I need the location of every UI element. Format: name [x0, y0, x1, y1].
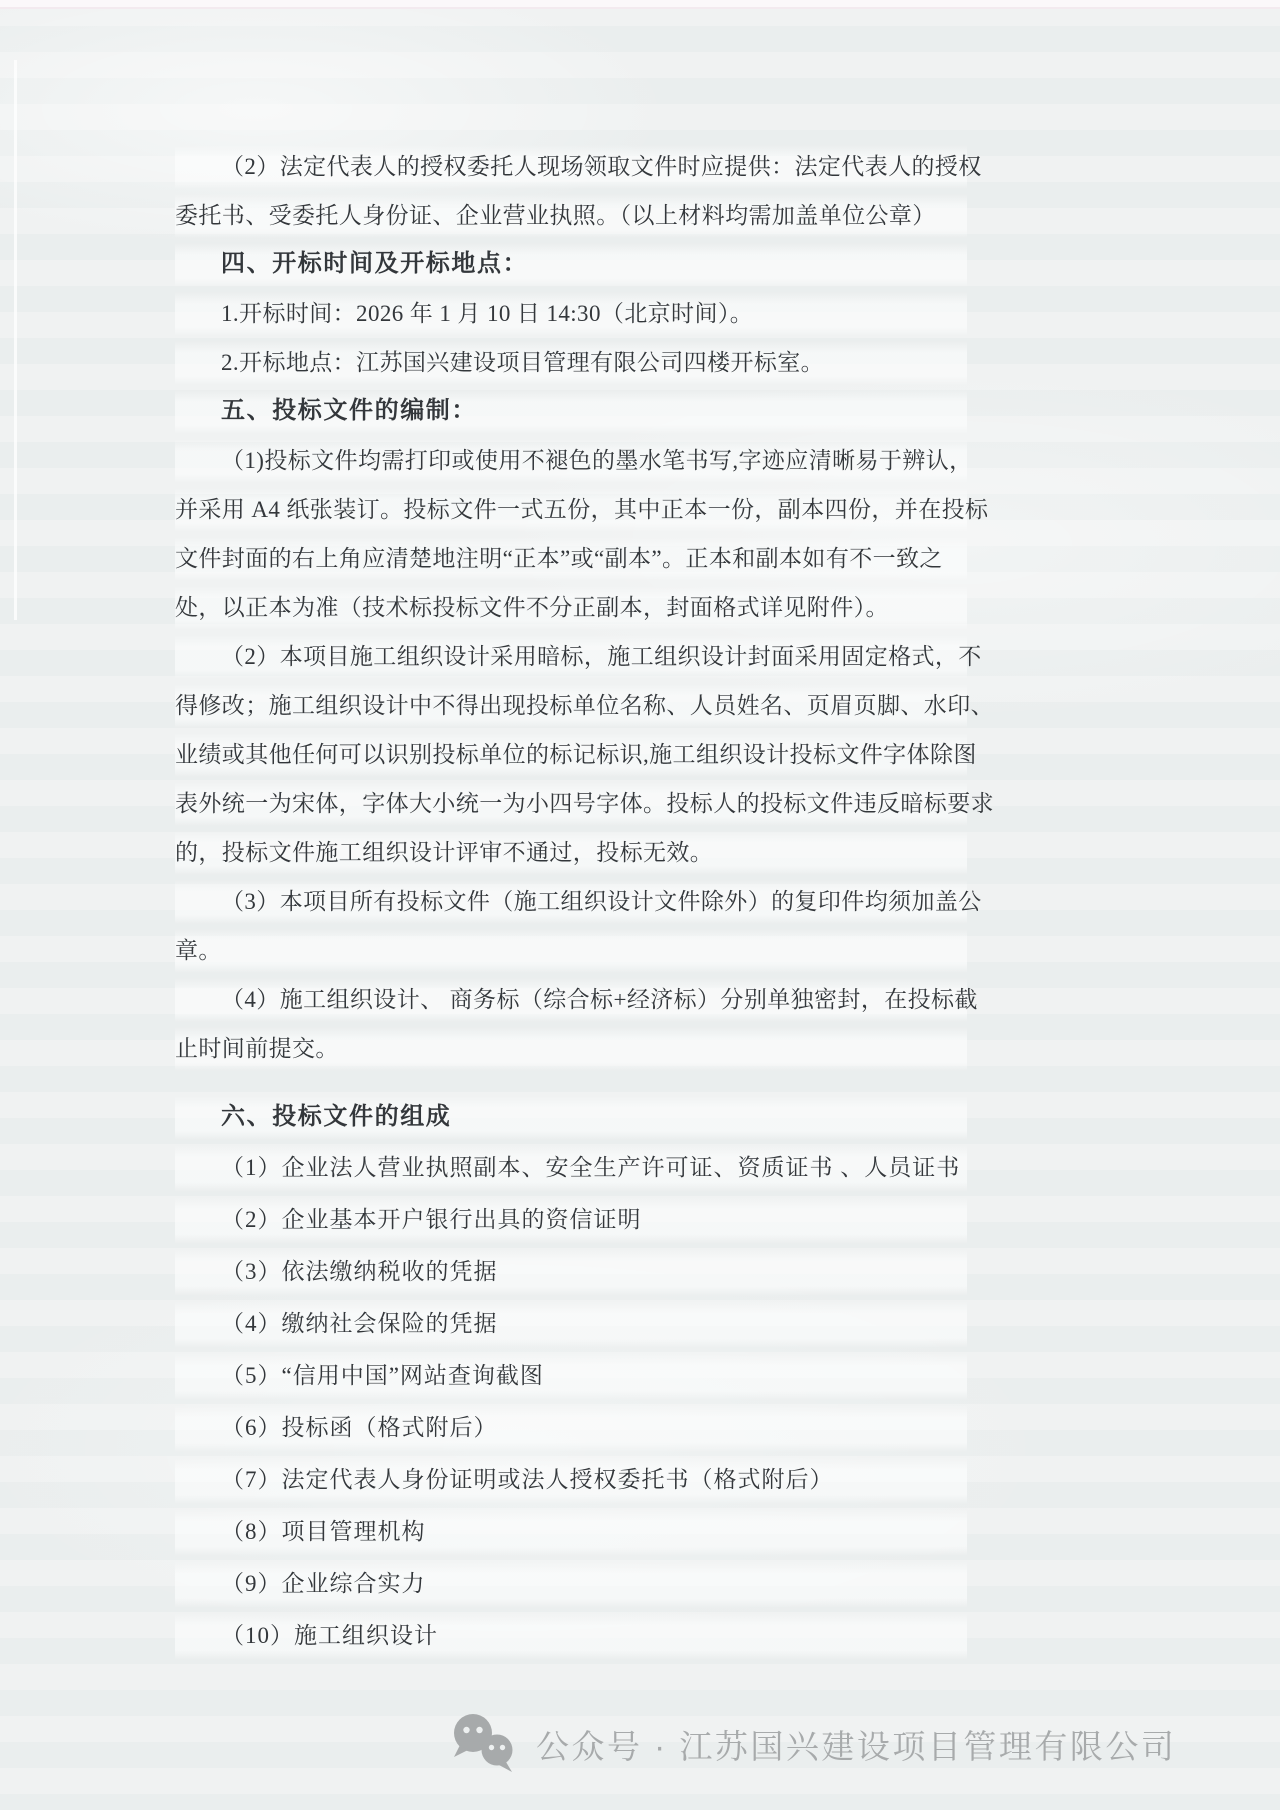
list-item-8: （8）项目管理机构 — [175, 1506, 967, 1558]
paragraph-line: 止时间前提交。 — [175, 1024, 967, 1073]
paragraph-line: （1)投标文件均需打印或使用不褪色的墨水笔书写,字迹应清晰易于辨认， — [175, 436, 967, 485]
paragraph-line: （2）法定代表人的授权委托人现场领取文件时应提供：法定代表人的授权 — [175, 142, 967, 191]
paragraph-line: 业绩或其他任何可以识别投标单位的标记标识,施工组织设计投标文件字体除图 — [175, 730, 967, 779]
paragraph-line: 文件封面的右上角应清楚地注明“正本”或“副本”。正本和副本如有不一致之 — [175, 534, 967, 583]
paragraph-line: （3）本项目所有投标文件（施工组织设计文件除外）的复印件均须加盖公 — [175, 877, 967, 926]
list-item-9: （9）企业综合实力 — [175, 1558, 967, 1610]
paragraph-line: 并采用 A4 纸张装订。投标文件一式五份，其中正本一份，副本四份，并在投标 — [175, 485, 967, 534]
paragraph-line: （2）本项目施工组织设计采用暗标，施工组织设计封面采用固定格式，不 — [175, 632, 967, 681]
watermark-label: 公众号 · 江苏国兴建设项目管理有限公司 — [536, 1721, 1176, 1768]
list-item-6: （6）投标函（格式附后） — [175, 1402, 967, 1454]
paragraph-line: 委托书、受委托人身份证、企业营业执照。（以上材料均需加盖单位公章） — [175, 191, 967, 240]
document-body: （2）法定代表人的授权委托人现场领取文件时应提供：法定代表人的授权 委托书、受委… — [175, 142, 967, 1662]
scan-edge-top — [0, 0, 1280, 9]
list-item-10: （10）施工组织设计 — [175, 1610, 967, 1662]
wechat-icon — [448, 1712, 522, 1776]
wechat-watermark: 公众号 · 江苏国兴建设项目管理有限公司 — [448, 1712, 1176, 1776]
paragraph-line: 章。 — [175, 926, 967, 975]
section-heading-6: 六、投标文件的组成 — [175, 1093, 967, 1142]
paragraph-line: 处，以正本为准（技术标投标文件不分正副本，封面格式详见附件）。 — [175, 583, 967, 632]
numbered-item-2: 2.开标地点：江苏国兴建设项目管理有限公司四楼开标室。 — [175, 338, 967, 387]
paragraph-line: 得修改；施工组织设计中不得出现投标单位名称、人员姓名、页眉页脚、水印、 — [175, 681, 967, 730]
list-item-4: （4）缴纳社会保险的凭据 — [175, 1298, 967, 1350]
list-item-7: （7）法定代表人身份证明或法人授权委托书（格式附后） — [175, 1454, 967, 1506]
list-item-1: （1）企业法人营业执照副本、安全生产许可证、资质证书 、人员证书 — [175, 1142, 967, 1194]
paragraph-line: （4）施工组织设计、 商务标（综合标+经济标）分别单独密封，在投标截 — [175, 975, 967, 1024]
list-item-5: （5）“信用中国”网站查询截图 — [175, 1350, 967, 1402]
paragraph-line: 的，投标文件施工组织设计评审不通过，投标无效。 — [175, 828, 967, 877]
numbered-item-1: 1.开标时间：2026 年 1 月 10 日 14:30（北京时间）。 — [175, 289, 967, 338]
paragraph-line: 表外统一为宋体，字体大小统一为小四号字体。投标人的投标文件违反暗标要求 — [175, 779, 967, 828]
list-item-3: （3）依法缴纳税收的凭据 — [175, 1246, 967, 1298]
section-heading-5: 五、投标文件的编制： — [175, 387, 967, 436]
section-heading-4: 四、开标时间及开标地点： — [175, 240, 967, 289]
scan-streak — [14, 60, 17, 620]
list-item-2: （2）企业基本开户银行出具的资信证明 — [175, 1194, 967, 1246]
